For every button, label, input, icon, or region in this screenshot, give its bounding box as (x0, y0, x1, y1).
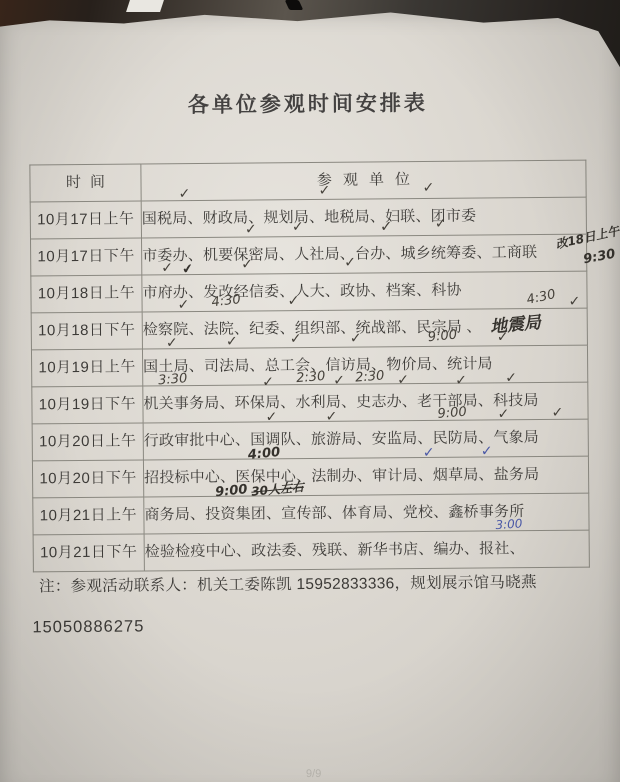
table-row: 10月17日上午国税局、财政局、规划局、地税局、妇联、团市委 (30, 197, 586, 239)
faint-page-number: 9/9 (4, 765, 620, 782)
table-row: 10月18日上午市府办、发改经信委、人大、政协、档案、科协 (31, 271, 587, 313)
units-cell: 检察院、法院、纪委、组织部、统战部、民宗局 、 (142, 308, 587, 349)
units-cell: 行政审批中心、国调队、旅游局、安监局、民防局、气象局 (143, 419, 588, 460)
units-cell: 招投标中心、医保中心、法制办、审计局、烟草局、盐务局 (143, 456, 588, 497)
paper-sheet: 各单位参观时间安排表 时间 参观单位 10月17日上午国税局、财政局、规划局、地… (0, 0, 620, 782)
table-row: 10月21日上午商务局、投资集团、宣传部、体育局、党校、鑫桥事务所 (33, 493, 589, 535)
units-cell: 市委办、机要保密局、人社局、台办、城乡统筹委、工商联 (141, 234, 586, 275)
units-cell: 市府办、发改经信委、人大、政协、档案、科协 (142, 271, 587, 312)
table-row: 10月20日下午招投标中心、医保中心、法制办、审计局、烟草局、盐务局 (32, 456, 588, 498)
time-cell: 10月19日下午 (32, 386, 143, 424)
photo-scene: 各单位参观时间安排表 时间 参观单位 10月17日上午国税局、财政局、规划局、地… (0, 0, 620, 782)
time-cell: 10月17日下午 (31, 238, 142, 276)
time-cell: 10月18日上午 (31, 275, 142, 313)
document-content: 各单位参观时间安排表 时间 参观单位 10月17日上午国税局、财政局、规划局、地… (0, 0, 620, 782)
paper-edge-sliver (126, 0, 164, 12)
contact-note-line2: 15050886275 (32, 617, 144, 637)
units-cell: 机关事务局、环保局、水利局、史志办、老干部局、科技局 (143, 382, 588, 423)
table-row: 10月19日下午机关事务局、环保局、水利局、史志办、老干部局、科技局 (32, 382, 588, 424)
table-row: 10月18日下午检察院、法院、纪委、组织部、统战部、民宗局 、 (31, 308, 587, 350)
units-cell: 检验检疫中心、政法委、残联、新华书店、编办、报社、 (144, 530, 589, 571)
table-row: 10月20日上午行政审批中心、国调队、旅游局、安监局、民防局、气象局 (32, 419, 588, 461)
units-cell: 商务局、投资集团、宣传部、体育局、党校、鑫桥事务所 (144, 493, 589, 534)
table-row: 10月17日下午市委办、机要保密局、人社局、台办、城乡统筹委、工商联 (31, 234, 587, 276)
schedule-table-body: 10月17日上午国税局、财政局、规划局、地税局、妇联、团市委10月17日下午市委… (30, 197, 589, 572)
header-units: 参观单位 (141, 160, 586, 201)
table-row: 10月21日下午检验检疫中心、政法委、残联、新华书店、编办、报社、 (33, 530, 589, 572)
time-cell: 10月18日下午 (31, 312, 142, 350)
units-cell: 国税局、财政局、规划局、地税局、妇联、团市委 (141, 197, 586, 238)
time-cell: 10月19日上午 (31, 349, 142, 387)
table-row: 10月19日上午国土局、司法局、总工会、信访局、物价局、统计局 (31, 345, 587, 387)
time-cell: 10月21日下午 (33, 534, 144, 572)
table-header-row: 时间 参观单位 (30, 160, 586, 202)
header-time: 时间 (30, 164, 141, 202)
schedule-table: 时间 参观单位 10月17日上午国税局、财政局、规划局、地税局、妇联、团市委10… (29, 160, 590, 573)
units-cell: 国土局、司法局、总工会、信访局、物价局、统计局 (142, 345, 587, 386)
time-cell: 10月20日下午 (32, 460, 143, 498)
handwritten-note: 9:30 (582, 247, 617, 268)
time-cell: 10月20日上午 (32, 423, 143, 461)
time-cell: 10月21日上午 (33, 497, 144, 535)
time-cell: 10月17日上午 (30, 201, 141, 239)
page-title: 各单位参观时间安排表 (0, 85, 618, 120)
contact-note-line1: 注：参观活动联系人：机关工委陈凯 15952833336，规划展示馆马晓燕 (39, 569, 599, 596)
